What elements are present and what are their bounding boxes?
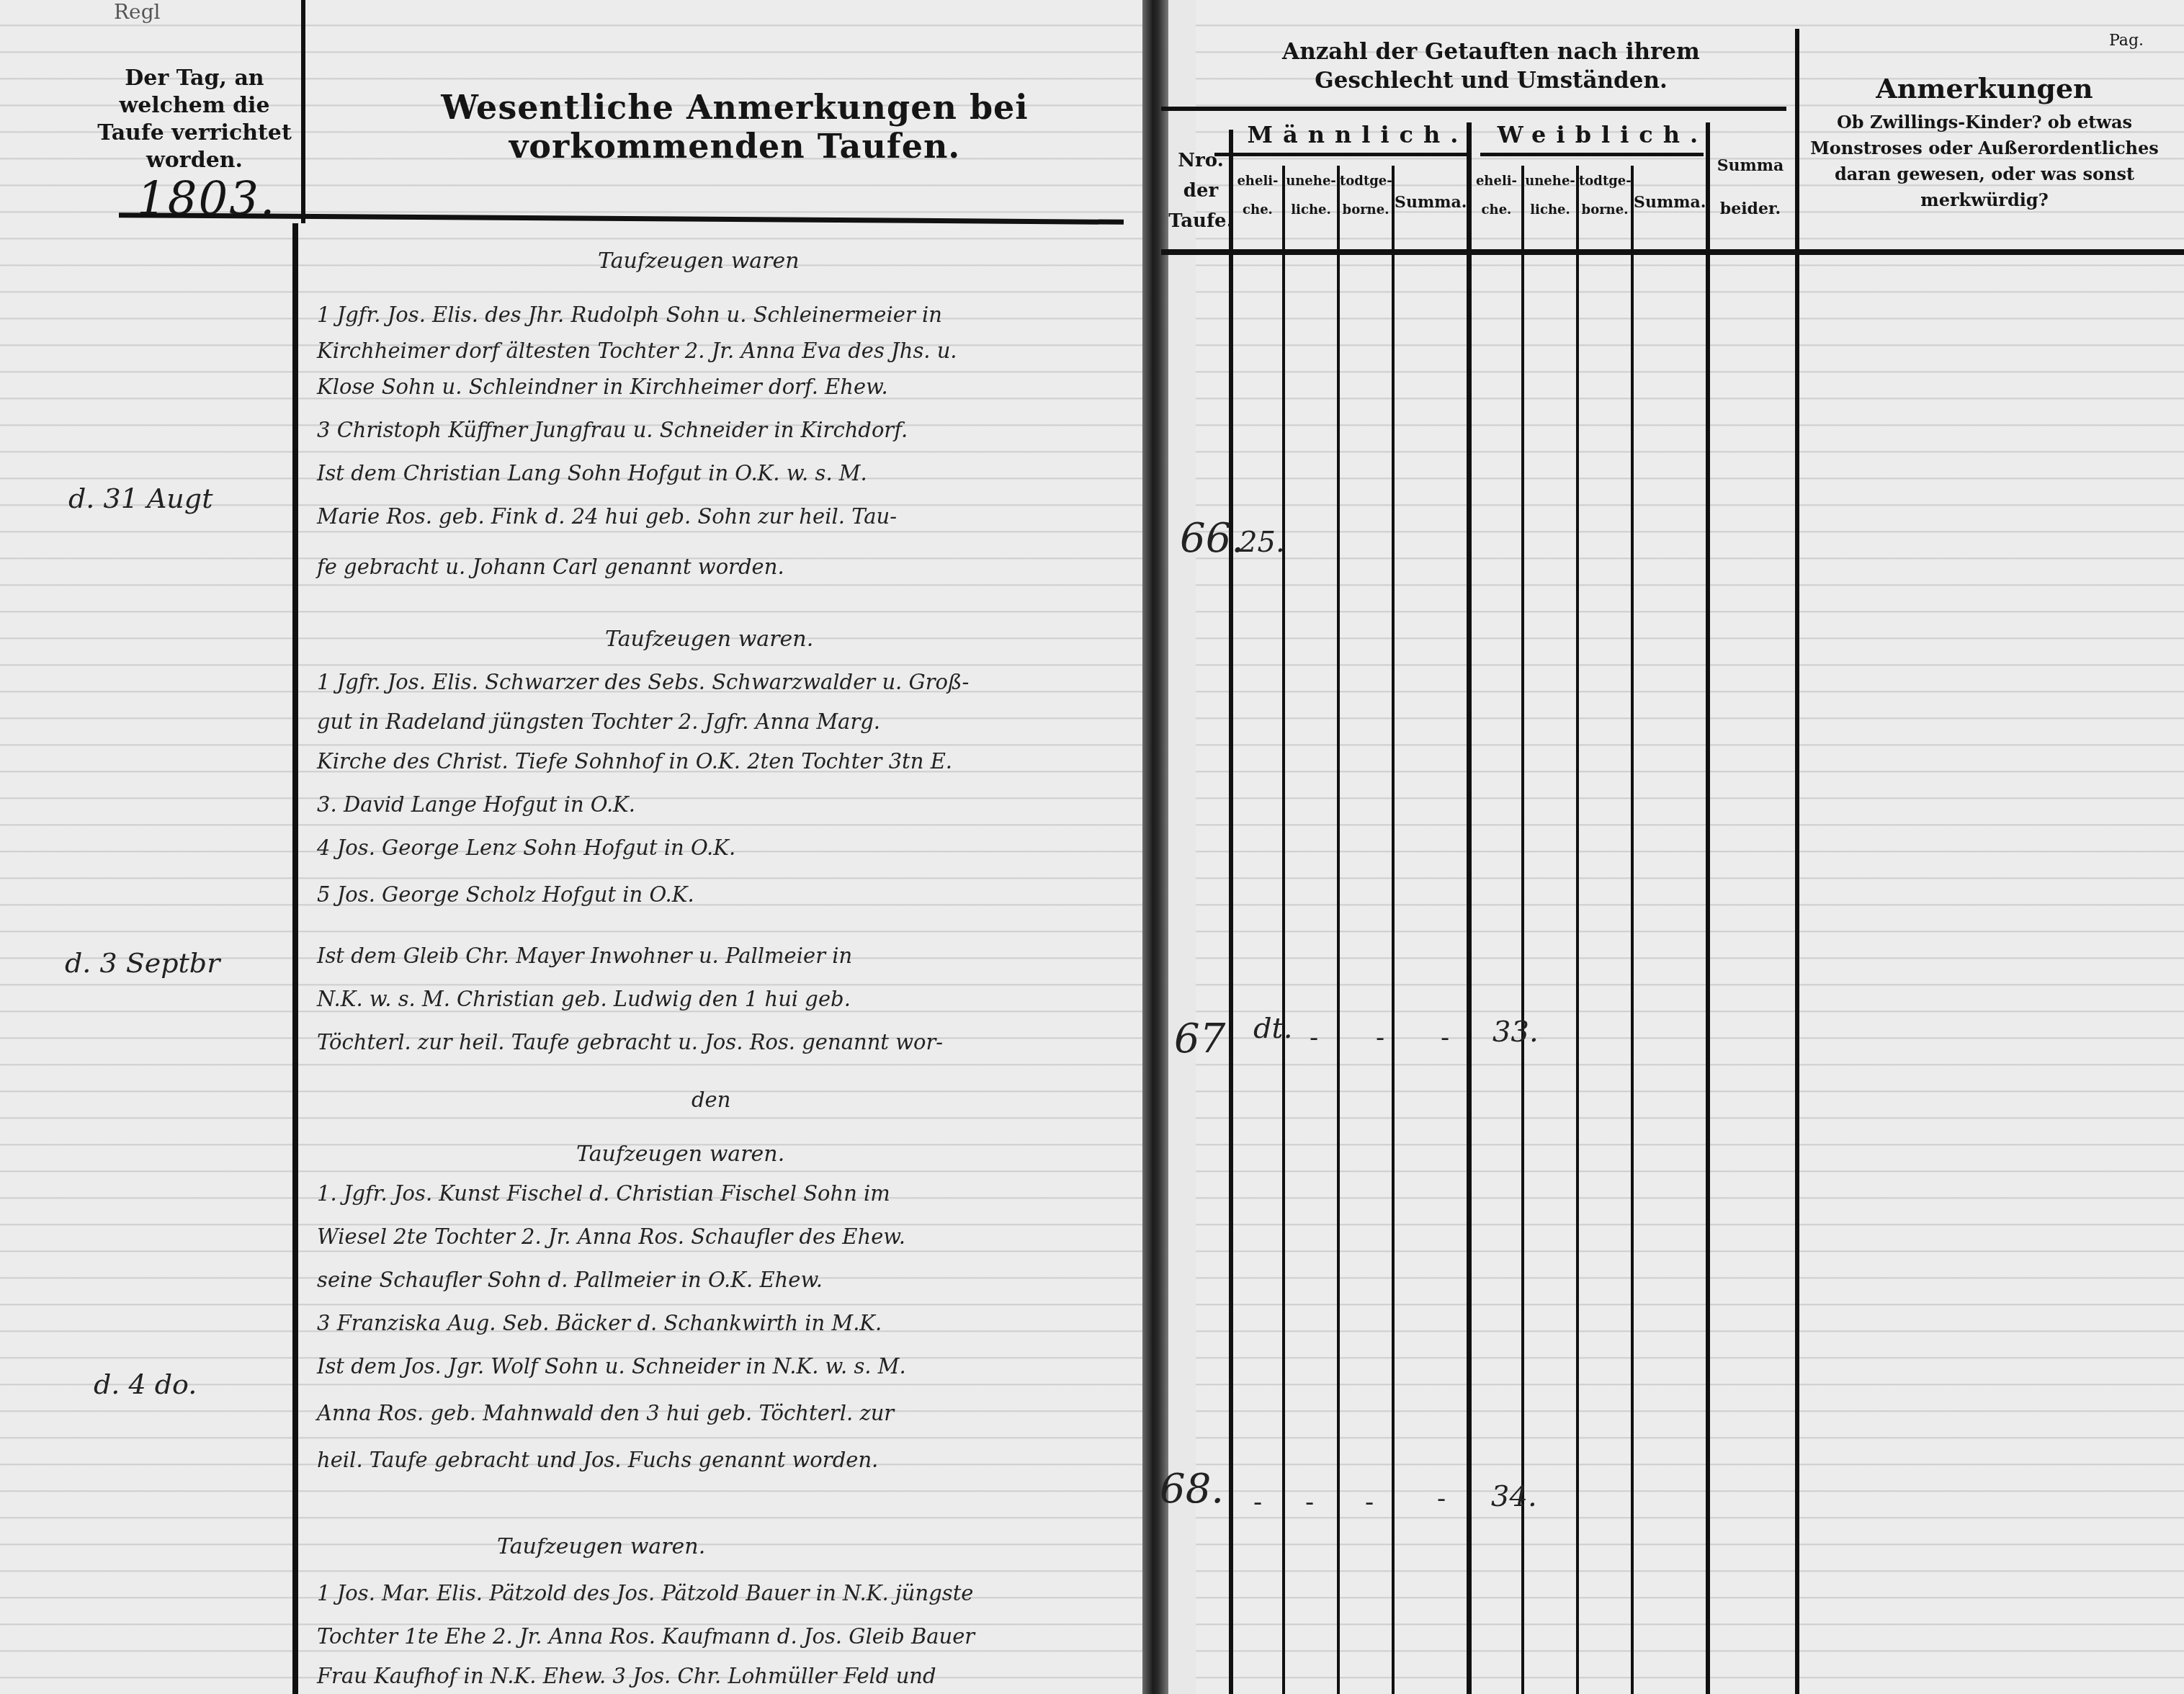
nr-header: Nro. der Taufe. [1161,145,1240,236]
entry-69-line: 1 Jos. Mar. Elis. Pätzold des Jos. Pätzo… [317,1581,973,1605]
right-header-top-rule [1161,107,1786,111]
entry-67-date: d. 3 Septbr [65,947,220,979]
male-header: Männlich. [1239,121,1477,148]
left-page-column-divider [292,223,298,1694]
entry-67-male-sum: - [1441,1023,1449,1052]
entry-67-nr: 67 [1174,1016,1225,1062]
remarks-question: Ob Zwillings-Kinder? ob etwas Monstroses… [1808,109,2161,213]
entry-68-line: 1. Jgfr. Jos. Kunst Fischel d. Christian… [317,1181,890,1206]
entry-68-line: Wiesel 2te Tochter 2. Jr. Anna Ros. Scha… [317,1224,905,1249]
entry-68-male-stillborn: - [1365,1487,1374,1517]
entry-66-date: d. 31 Augt [68,483,212,514]
col-line-female [1467,122,1472,1694]
entry-67-male-stillborn: - [1376,1023,1384,1052]
entry-68-witness-heading: Taufzeugen waren. [576,1142,784,1167]
entry-68-line: Ist dem Jos. Jgr. Wolf Sohn u. Schneider… [317,1354,906,1379]
entry-68-male-sum: - [1437,1484,1446,1513]
entry-67-line: den [692,1088,730,1112]
entry-68-line: heil. Taufe gebracht und Jos. Fuchs gena… [317,1448,878,1472]
entry-68-line: Anna Ros. geb. Mahnwald den 3 hui geb. T… [317,1401,894,1425]
male-illegitimate-header: unehe- liche. [1285,167,1337,225]
entry-66-line: Marie Ros. geb. Fink d. 24 hui geb. Sohn… [317,504,897,529]
register-year: 1803. [137,173,276,226]
female-illegitimate-header: unehe- liche. [1524,167,1576,225]
entry-68-female-legitimate: 34. [1491,1480,1537,1513]
entry-67-line: Töchterl. zur heil. Taufe gebracht u. Jo… [317,1030,943,1054]
entry-68-line: 3 Franziska Aug. Seb. Bäcker d. Schankwi… [317,1311,882,1335]
entry-69-line: Tochter 1te Ehe 2. Jr. Anna Ros. Kaufman… [317,1624,975,1649]
male-legitimate-header: eheli- che. [1233,167,1282,225]
entry-66-witness-heading: Taufzeugen waren [598,248,800,274]
col-line-f-stillborn [1576,166,1579,1694]
female-stillborn-header: todtge- borne. [1579,167,1631,225]
entry-66-nr: 66. [1180,515,1244,562]
entry-66-male-legitimate: 25. [1239,526,1285,559]
col-line-nr [1229,130,1233,1694]
remarks-header: Anmerkungen [1815,72,2154,104]
entry-67-line: Kirche des Christ. Tiefe Sohnhof in O.K.… [317,749,952,774]
male-underline [1214,153,1467,156]
entry-67-line: 5 Jos. George Scholz Hofgut in O.K. [317,882,694,907]
col-line-m-stillborn [1337,166,1340,1694]
entry-69-witness-heading: Taufzeugen waren. [497,1534,705,1559]
entry-67-witness-heading: Taufzeugen waren. [605,627,813,652]
entry-68-date: d. 4 do. [94,1368,197,1400]
female-underline [1480,153,1704,156]
entry-66-line: fe gebracht u. Johann Carl genannt worde… [317,555,784,579]
female-legitimate-header: eheli- che. [1472,167,1521,225]
entry-68-nr: 68. [1160,1466,1224,1512]
entry-67-line: 3. David Lange Hofgut in O.K. [317,792,635,817]
entry-68-male-illegitimate: - [1305,1487,1314,1517]
date-column-header: Der Tag, an welchem die Taufe verrichtet… [86,65,303,174]
entry-69-line: Frau Kaufhof in N.K. Ehew. 3 Jos. Chr. L… [317,1664,936,1688]
col-line-f-sum [1631,166,1634,1694]
entry-66-line: Kirchheimer dorf ältesten Tochter 2. Jr.… [317,339,957,363]
register-mark: Regl [114,0,161,24]
right-col-line-remarks [1795,29,1799,1694]
entry-66-line: Ist dem Christian Lang Sohn Hofgut in O.… [317,461,867,485]
entry-66-line: 1 Jgfr. Jos. Elis. des Jhr. Rudolph Sohn… [317,302,942,327]
entry-67-male-illegitimate: - [1310,1023,1318,1052]
page-label: Pag. [2109,32,2144,50]
entry-66-line: Klose Sohn u. Schleindner in Kirchheimer… [317,375,888,399]
entry-67-line: 4 Jos. George Lenz Sohn Hofgut in O.K. [317,835,735,860]
entry-67-male-legitimate: dt. [1253,1012,1292,1045]
col-line-f-illegit [1521,166,1524,1694]
female-sum-header: Summa. [1634,193,1706,212]
col-line-m-illegit [1282,166,1285,1694]
col-line-sum-both [1706,122,1710,1694]
entry-68-male-legitimate: - [1253,1487,1262,1517]
female-header: Weiblich. [1495,121,1711,148]
entry-67-female-legitimate: 33. [1492,1016,1539,1049]
entry-67-line: 1 Jgfr. Jos. Elis. Schwarzer des Sebs. S… [317,670,969,694]
main-column-header: Wesentliche Anmerkungen bei vorkommenden… [339,88,1131,166]
col-line-m-sum [1392,166,1395,1694]
sum-both-header: Summa beider. [1711,144,1790,230]
counts-header: Anzahl der Getauften nach ihrem Geschlec… [1217,37,1765,95]
entry-67-line: gut in Radeland jüngsten Tochter 2. Jgfr… [317,709,880,734]
right-header-bottom-rule [1161,249,2184,255]
male-stillborn-header: todtge- borne. [1340,167,1392,225]
entry-68-line: seine Schaufler Sohn d. Pallmeier in O.K… [317,1268,823,1292]
entry-67-line: Ist dem Gleib Chr. Mayer Inwohner u. Pal… [317,944,852,968]
male-sum-header: Summa. [1395,193,1467,212]
entry-67-line: N.K. w. s. M. Christian geb. Ludwig den … [317,987,851,1011]
entry-66-line: 3 Christoph Küffner Jungfrau u. Schneide… [317,418,908,442]
